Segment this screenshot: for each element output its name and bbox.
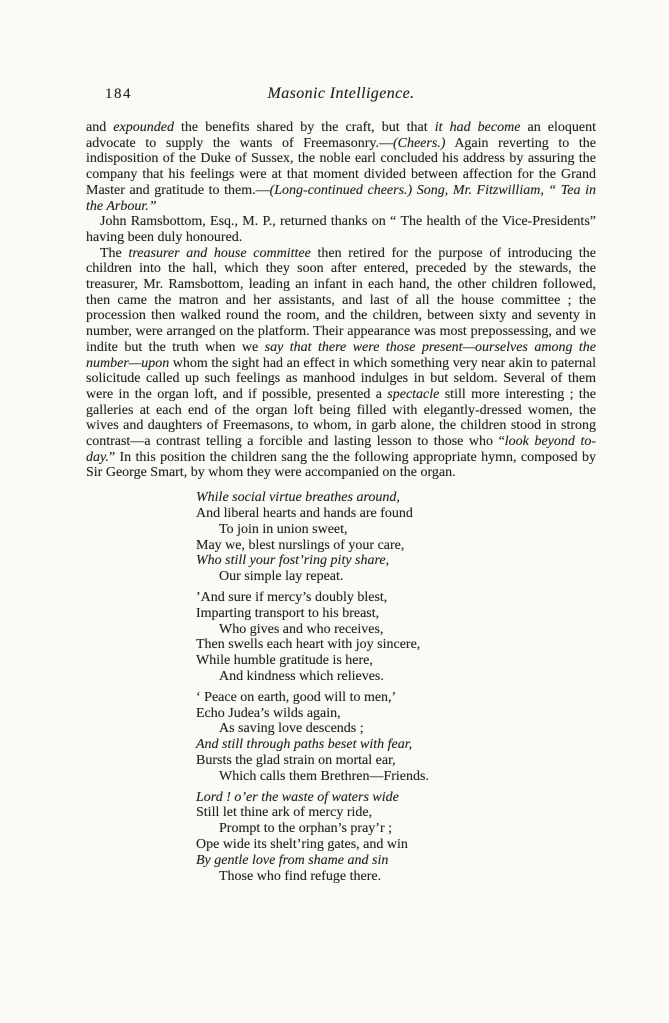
hymn-line: By gentle love from shame and sin	[196, 853, 596, 869]
hymn-line: Still let thine ark of mercy ride,	[196, 805, 596, 821]
article-body: and expounded the benefits shared by the…	[86, 120, 596, 481]
body-text: and	[86, 120, 113, 135]
hymn-line: Bursts the glad strain on mortal ear,	[196, 753, 596, 769]
hymn-line: As saving love descends ;	[196, 721, 596, 737]
hymn-line: While social virtue breathes around,	[196, 490, 596, 506]
document-page: 184 Masonic Intelligence. and expounded …	[0, 0, 669, 1023]
hymn-line: And still through paths beset with fear,	[196, 737, 596, 753]
hymn-line: Prompt to the orphan’s pray’r ;	[196, 821, 596, 837]
body-text: The	[100, 246, 128, 261]
hymn-line: While humble gratitude is here,	[196, 653, 596, 669]
hymn-line: Echo Judea’s wilds again,	[196, 706, 596, 722]
hymn-line: Which calls them Brethren—Friends.	[196, 769, 596, 785]
running-title: Masonic Intelligence.	[86, 85, 596, 103]
paragraph: and expounded the benefits shared by the…	[86, 120, 596, 214]
hymn-line: ‘ Peace on earth, good will to men,’	[196, 690, 596, 706]
body-text: then retired for the purpose of introduc…	[86, 246, 596, 355]
hymn-line: Who gives and who receives,	[196, 622, 596, 638]
hymn-line: Lord ! o’er the waste of waters wide	[196, 790, 596, 806]
hymn-stanza: ‘ Peace on earth, good will to men,’Echo…	[196, 690, 596, 785]
italic-text: spectacle	[387, 387, 439, 402]
hymn-line: Those who find refuge there.	[196, 869, 596, 885]
hymn-stanza: While social virtue breathes around,And …	[196, 490, 596, 585]
hymn-stanza: Lord ! o’er the waste of waters wideStil…	[196, 790, 596, 885]
hymn-line: Ope wide its shelt’ring gates, and win	[196, 837, 596, 853]
paragraph: John Ramsbottom, Esq., M. P., returned t…	[86, 214, 596, 245]
hymn-line: Then swells each heart with joy sincere,	[196, 637, 596, 653]
hymn-line: May we, blest nurslings of your care,	[196, 538, 596, 554]
hymn-line: And kindness which relieves.	[196, 669, 596, 685]
hymn-line: To join in union sweet,	[196, 522, 596, 538]
italic-text: treasurer and house committee	[128, 246, 310, 261]
page-header: 184 Masonic Intelligence.	[86, 86, 596, 104]
body-text: the benefits shared by the craft, but th…	[174, 120, 435, 135]
body-text: ” In this position the children sang the…	[86, 450, 596, 481]
italic-text: expounded	[113, 120, 174, 135]
hymn-line: Who still your fost’ring pity share,	[196, 553, 596, 569]
italic-text: (Cheers.)	[393, 136, 446, 151]
paragraph: The treasurer and house committee then r…	[86, 246, 596, 482]
italic-text: (Long-continued cheers.)	[270, 183, 413, 198]
hymn-line: ’And sure if mercy’s doubly blest,	[196, 590, 596, 606]
hymn-line: Our simple lay repeat.	[196, 569, 596, 585]
hymn-line: And liberal hearts and hands are found	[196, 506, 596, 522]
hymn: While social virtue breathes around,And …	[196, 490, 596, 884]
body-text: John Ramsbottom, Esq., M. P., returned t…	[86, 214, 596, 245]
hymn-line: Imparting transport to his breast,	[196, 606, 596, 622]
hymn-stanza: ’And sure if mercy’s doubly blest,Impart…	[196, 590, 596, 685]
italic-text: it had become	[435, 120, 521, 135]
